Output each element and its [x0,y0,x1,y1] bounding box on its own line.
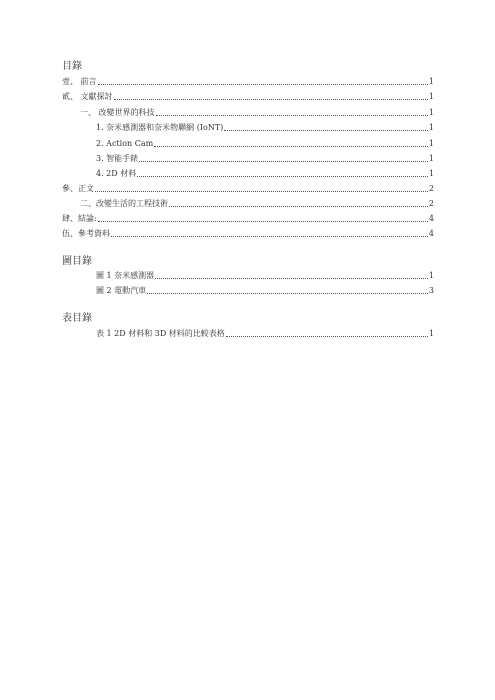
leader-dots [111,236,428,237]
leader-dots [98,84,428,85]
table-entry[interactable]: 表 1 2D 材料和 3D 材料的比較表格 1 [96,328,434,340]
leader-dots [224,130,428,131]
leader-dots [226,336,428,337]
toc-entry-label: 肆、結論: [62,213,97,225]
leader-dots [137,176,428,177]
toc-title: 目錄 [62,61,82,73]
toc-entry-label: 一、 改變世界的科技 [80,107,155,119]
toc-entry-label: 2. Action Cam [96,138,153,150]
toc-entry-label: 伍、參考資料 [62,228,110,240]
toc-entry[interactable]: 2. Action Cam 1 [96,138,434,150]
document-page: 目錄 壹、 前言 1 貳、 文獻探討 1 一、 改變世界的科技 1 1. 奈米感… [0,0,495,700]
leader-dots [147,293,428,294]
toc-entry-label: 1. 奈米感測器和奈米物聯網 (IoNT) [96,122,223,134]
table-entry-label: 表 1 2D 材料和 3D 材料的比較表格 [96,328,225,340]
toc-entry[interactable]: 1. 奈米感測器和奈米物聯網 (IoNT) 1 [96,122,434,134]
toc-entry-page: 1 [429,76,434,88]
figure-list-title: 圖目錄 [62,256,92,268]
figure-entry[interactable]: 圖 2 電動汽車 3 [96,285,434,297]
leader-dots [155,278,428,279]
toc-entry[interactable]: 3. 智能手錶 1 [96,153,434,165]
leader-dots [98,221,428,222]
toc-entry-page: 1 [429,153,434,165]
toc-entry-page: 2 [429,183,434,195]
figure-entry-page: 1 [429,270,434,282]
toc-entry-label: 二、改變生活的工程技術 [80,198,168,210]
toc-entry-page: 1 [429,107,434,119]
toc-entry-page: 1 [429,138,434,150]
leader-dots [139,161,428,162]
figure-entry-label: 圖 2 電動汽車 [96,285,146,297]
figure-entry[interactable]: 圖 1 奈米感測器 1 [96,270,434,282]
toc-entry-page: 1 [429,168,434,180]
toc-entry-page: 4 [429,213,434,225]
toc-entry-page: 2 [429,198,434,210]
toc-entry-label: 4. 2D 材料 [96,168,136,180]
leader-dots [169,206,428,207]
toc-entry[interactable]: 肆、結論: 4 [62,213,434,225]
toc-entry[interactable]: 參、正文 2 [62,183,434,195]
leader-dots [114,99,428,100]
leader-dots [156,115,428,116]
table-entry-page: 1 [429,328,434,340]
toc-entry-label: 貳、 文獻探討 [62,91,113,103]
toc-entry-label: 參、正文 [62,183,94,195]
toc-entry[interactable]: 一、 改變世界的科技 1 [80,107,434,119]
leader-dots [154,146,428,147]
toc-entry-page: 1 [429,122,434,134]
toc-entry[interactable]: 貳、 文獻探討 1 [62,91,434,103]
table-list-title: 表目錄 [62,313,92,325]
leader-dots [95,191,428,192]
toc-entry-label: 3. 智能手錶 [96,153,138,165]
toc-entry-label: 壹、 前言 [62,76,97,88]
toc-entry-page: 4 [429,228,434,240]
figure-entry-page: 3 [429,285,434,297]
toc-entry[interactable]: 壹、 前言 1 [62,76,434,88]
toc-entry[interactable]: 4. 2D 材料 1 [96,168,434,180]
toc-entry[interactable]: 二、改變生活的工程技術 2 [80,198,434,210]
toc-entry[interactable]: 伍、參考資料 4 [62,228,434,240]
toc-entry-page: 1 [429,91,434,103]
figure-entry-label: 圖 1 奈米感測器 [96,270,154,282]
